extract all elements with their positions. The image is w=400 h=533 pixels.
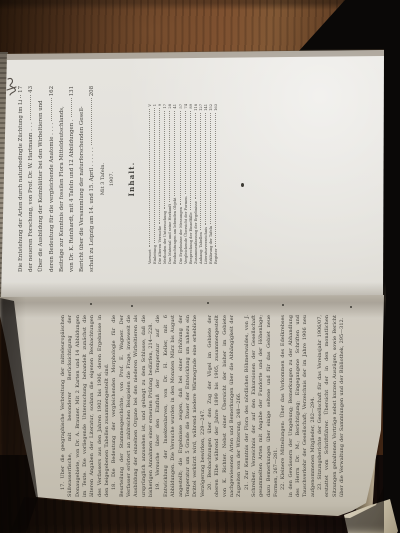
photo-vignette xyxy=(0,0,400,533)
photo-open-book-on-table: Die Entstehung der Arten durch naturbedi… xyxy=(0,0,400,533)
